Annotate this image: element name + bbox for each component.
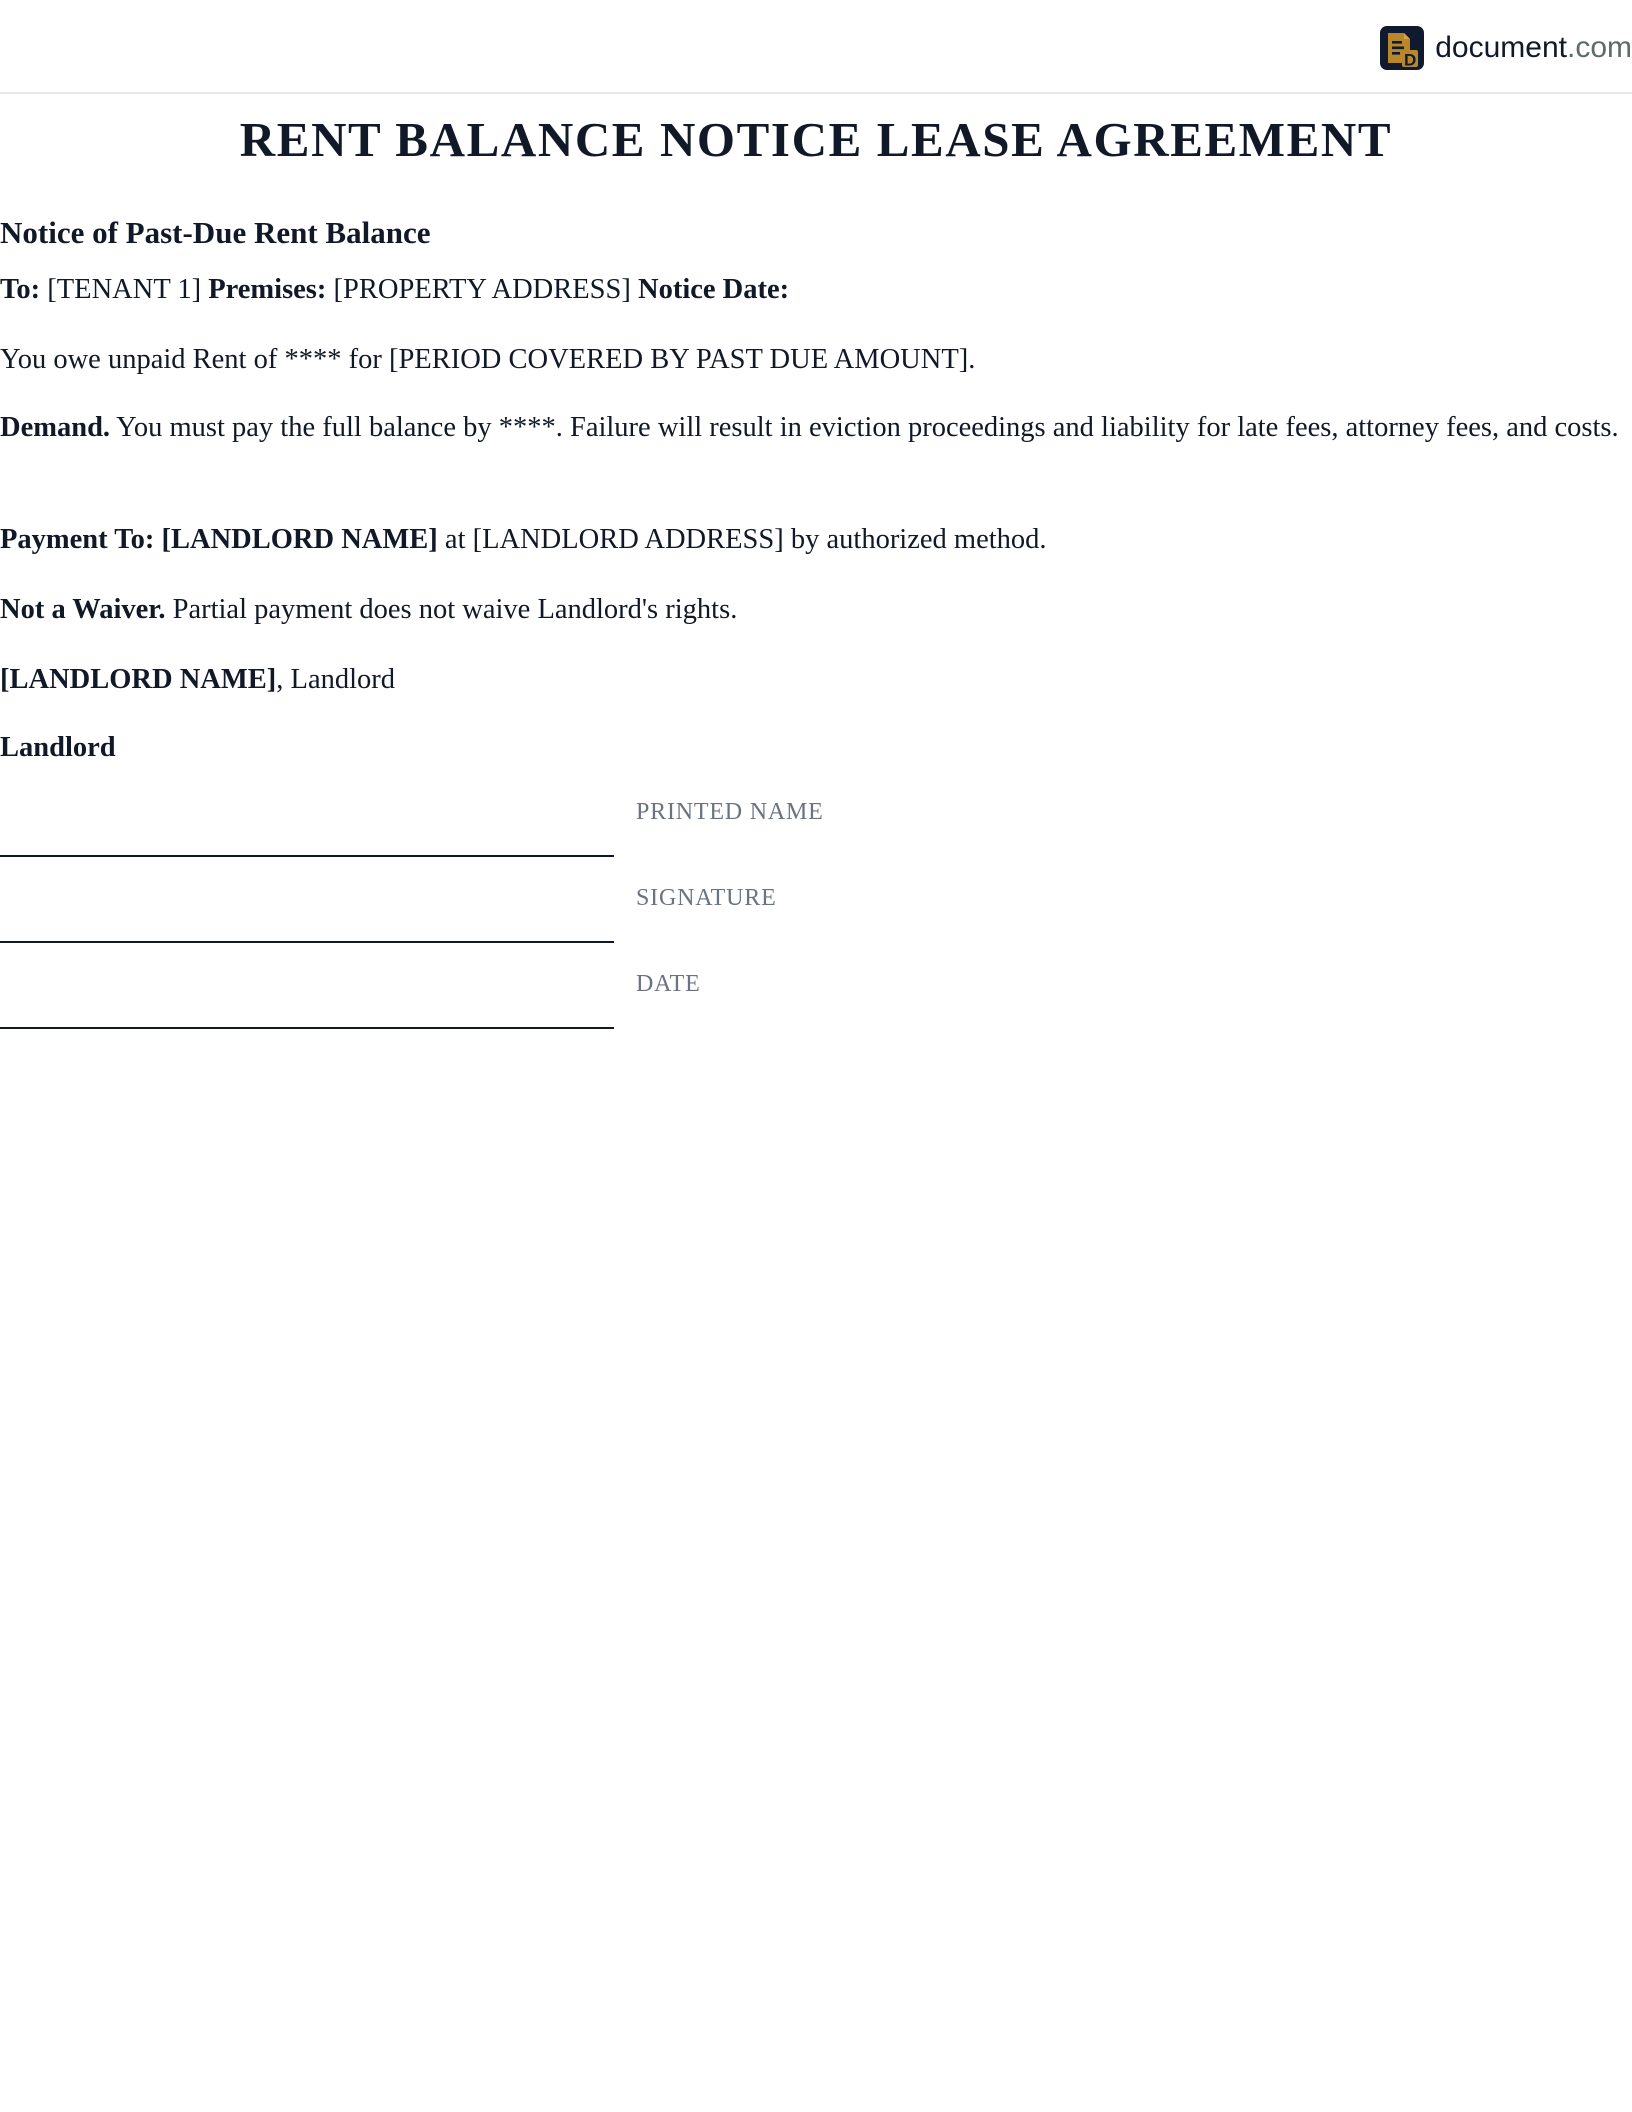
document-logo-icon: D — [1380, 26, 1424, 70]
amount-owed-paragraph: You owe unpaid Rent of **** for [PERIOD … — [0, 338, 1632, 382]
section-heading-wrap: Notice of Past-Due Rent Balance — [0, 206, 1632, 260]
page-header: D document.com — [0, 0, 1632, 94]
signature-field[interactable]: SIGNATURE — [0, 883, 1000, 943]
waiver-label: Not a Waiver. — [0, 594, 165, 625]
brand-logo[interactable]: D document.com — [1380, 26, 1632, 70]
demand-text: You must pay the full balance by ****. F… — [110, 412, 1619, 443]
signoff-name: [LANDLORD NAME] — [0, 664, 276, 695]
date-field[interactable]: DATE — [0, 969, 1000, 1029]
waiver-text: Partial payment does not waive Landlord'… — [165, 594, 737, 625]
property-address: [PROPERTY ADDRESS] — [326, 274, 638, 305]
recipient-line: To: [TENANT 1] Premises: [PROPERTY ADDRE… — [0, 268, 1632, 312]
notice-date-label: Notice Date: — [638, 274, 789, 305]
payment-text: at [LANDLORD ADDRESS] by authorized meth… — [438, 524, 1047, 555]
document-title: RENT BALANCE NOTICE LEASE AGREEMENT — [0, 108, 1632, 172]
printed-name-field[interactable]: PRINTED NAME — [0, 797, 1000, 857]
date-label: DATE — [636, 969, 701, 999]
demand-label: Demand. — [0, 412, 110, 443]
premises-label: Premises: — [208, 274, 326, 305]
signoff-line: [LANDLORD NAME], Landlord — [0, 658, 1632, 702]
date-line[interactable] — [0, 1027, 614, 1029]
payment-label: Payment To: [LANDLORD NAME] — [0, 524, 438, 555]
tenant-name: [TENANT 1] — [40, 274, 208, 305]
signature-block-heading: Landlord — [0, 726, 1632, 770]
to-label: To: — [0, 274, 40, 305]
signature-line[interactable] — [0, 941, 614, 943]
signoff-role: , Landlord — [276, 664, 395, 695]
printed-name-label: PRINTED NAME — [636, 797, 824, 827]
printed-name-line[interactable] — [0, 855, 614, 857]
svg-text:D: D — [1404, 51, 1416, 70]
section-heading: Notice of Past-Due Rent Balance — [0, 206, 1632, 260]
brand-name: document.com — [1435, 26, 1632, 70]
waiver-paragraph: Not a Waiver. Partial payment does not w… — [0, 588, 1632, 632]
demand-paragraph: Demand. You must pay the full balance by… — [0, 406, 1632, 450]
signature-label: SIGNATURE — [636, 883, 777, 913]
payment-paragraph: Payment To: [LANDLORD NAME] at [LANDLORD… — [0, 518, 1632, 562]
